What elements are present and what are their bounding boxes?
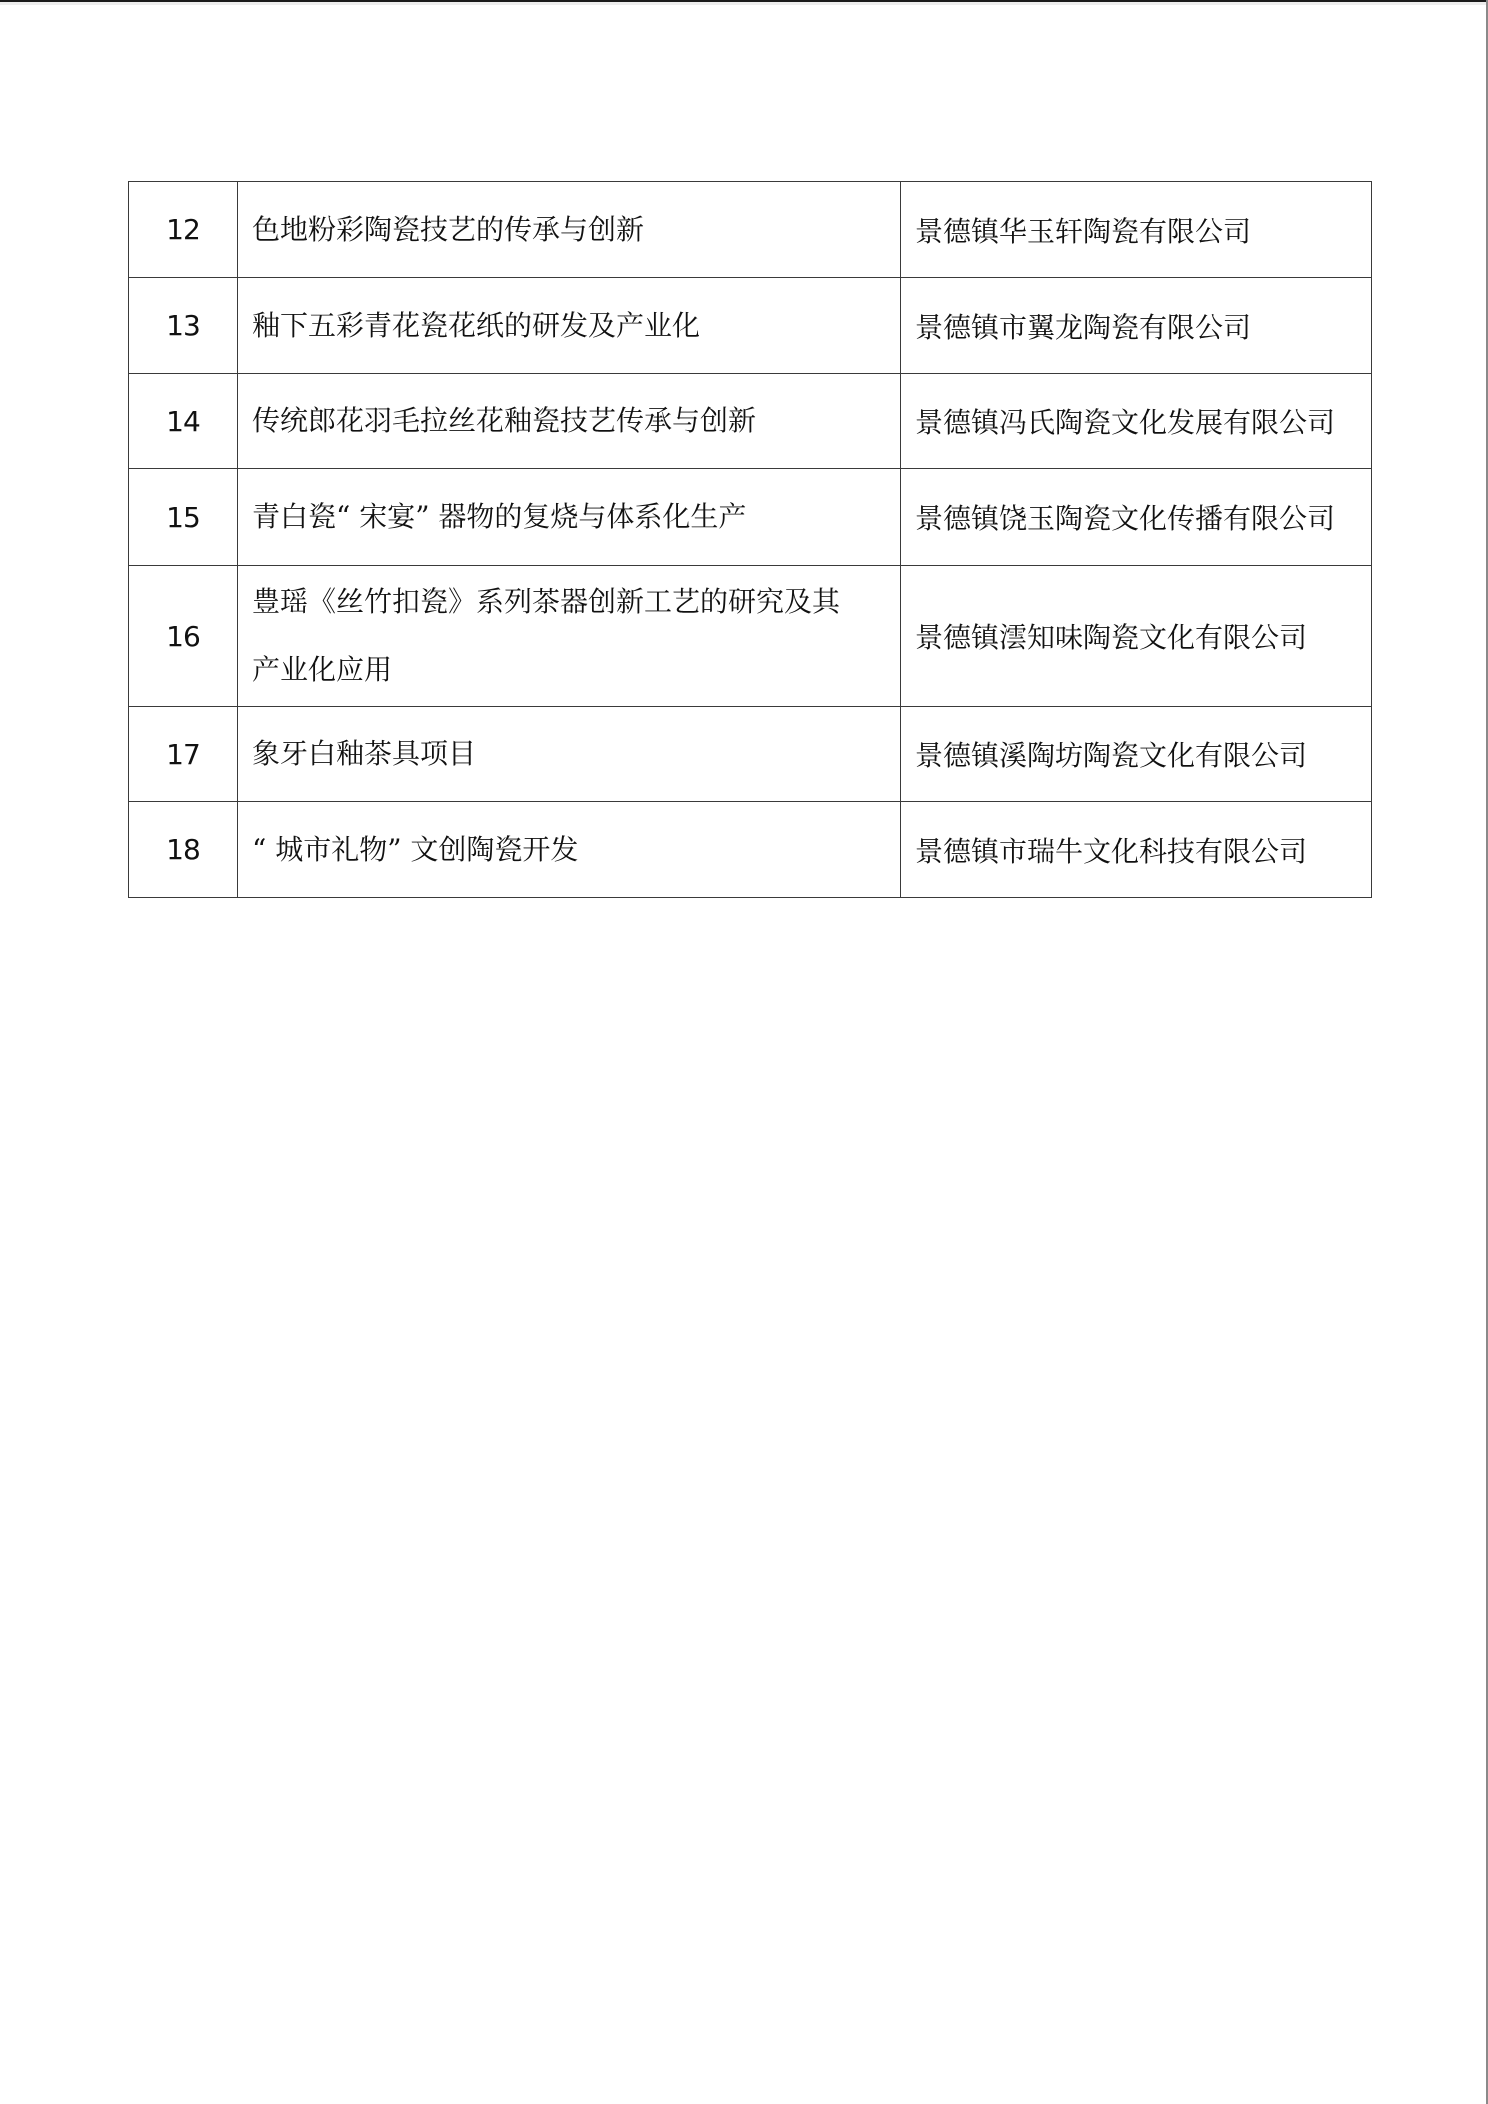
project-name: 象牙白釉茶具项目 xyxy=(238,707,901,802)
company-name: 景德镇澐知味陶瓷文化有限公司 xyxy=(901,566,1372,707)
table-row: 14 传统郎花羽毛拉丝花釉瓷技艺传承与创新 景德镇冯氏陶瓷文化发展有限公司 xyxy=(129,374,1372,469)
row-number: 15 xyxy=(129,469,238,566)
project-name: 釉下五彩青花瓷花纸的研发及产业化 xyxy=(238,278,901,374)
row-number: 16 xyxy=(129,566,238,707)
project-name-line: 青白瓷“ 宋宴” 器物的复烧与体系化生产 xyxy=(252,483,892,551)
company-name: 景德镇溪陶坊陶瓷文化有限公司 xyxy=(901,707,1372,802)
project-name: “ 城市礼物” 文创陶瓷开发 xyxy=(238,802,901,898)
row-number: 14 xyxy=(129,374,238,469)
table-row: 16 豊瑶《丝竹扣瓷》系列茶器创新工艺的研究及其 产业化应用 景德镇澐知味陶瓷文… xyxy=(129,566,1372,707)
project-name-line: 产业化应用 xyxy=(252,636,892,704)
company-name: 景德镇市翼龙陶瓷有限公司 xyxy=(901,278,1372,374)
project-name-line: 豊瑶《丝竹扣瓷》系列茶器创新工艺的研究及其 xyxy=(252,568,892,636)
company-name: 景德镇市瑞牛文化科技有限公司 xyxy=(901,802,1372,898)
table-row: 13 釉下五彩青花瓷花纸的研发及产业化 景德镇市翼龙陶瓷有限公司 xyxy=(129,278,1372,374)
page-top-shade xyxy=(0,2,1488,5)
project-name: 色地粉彩陶瓷技艺的传承与创新 xyxy=(238,182,901,278)
project-name: 豊瑶《丝竹扣瓷》系列茶器创新工艺的研究及其 产业化应用 xyxy=(238,566,901,707)
row-number: 17 xyxy=(129,707,238,802)
table-row: 17 象牙白釉茶具项目 景德镇溪陶坊陶瓷文化有限公司 xyxy=(129,707,1372,802)
project-name-line: 象牙白釉茶具项目 xyxy=(252,720,892,788)
table-row: 15 青白瓷“ 宋宴” 器物的复烧与体系化生产 景德镇饶玉陶瓷文化传播有限公司 xyxy=(129,469,1372,566)
project-name: 传统郎花羽毛拉丝花釉瓷技艺传承与创新 xyxy=(238,374,901,469)
project-table: 12 色地粉彩陶瓷技艺的传承与创新 景德镇华玉轩陶瓷有限公司 13 釉下五彩青花… xyxy=(128,181,1372,898)
row-number: 12 xyxy=(129,182,238,278)
project-name-line: 釉下五彩青花瓷花纸的研发及产业化 xyxy=(252,292,892,360)
company-name: 景德镇冯氏陶瓷文化发展有限公司 xyxy=(901,374,1372,469)
project-name: 青白瓷“ 宋宴” 器物的复烧与体系化生产 xyxy=(238,469,901,566)
row-number: 18 xyxy=(129,802,238,898)
company-name: 景德镇饶玉陶瓷文化传播有限公司 xyxy=(901,469,1372,566)
row-number: 13 xyxy=(129,278,238,374)
table-row: 18 “ 城市礼物” 文创陶瓷开发 景德镇市瑞牛文化科技有限公司 xyxy=(129,802,1372,898)
company-name: 景德镇华玉轩陶瓷有限公司 xyxy=(901,182,1372,278)
project-name-line: 传统郎花羽毛拉丝花釉瓷技艺传承与创新 xyxy=(252,387,892,455)
table-row: 12 色地粉彩陶瓷技艺的传承与创新 景德镇华玉轩陶瓷有限公司 xyxy=(129,182,1372,278)
project-name-line: “ 城市礼物” 文创陶瓷开发 xyxy=(252,816,892,884)
project-name-line: 色地粉彩陶瓷技艺的传承与创新 xyxy=(252,196,892,264)
